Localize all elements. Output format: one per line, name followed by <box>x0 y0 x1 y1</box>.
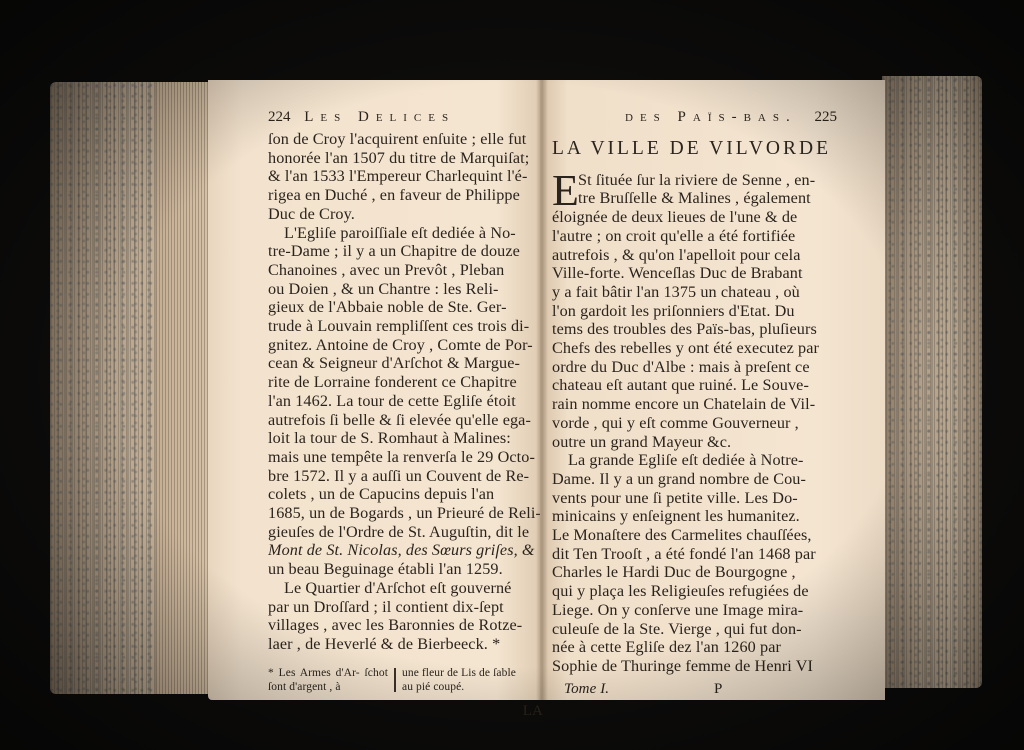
text-line: bre 1572. Il y a auſſi un Couvent de Re- <box>268 467 543 486</box>
book-gutter <box>536 80 548 700</box>
text-line: loit la tour de S. Romhaut à Malines: <box>268 429 543 448</box>
drop-cap-paragraph: E St ſituée ſur la riviere de Senne , en… <box>552 171 837 208</box>
text-line: & l'an 1533 l'Empereur Charlequint l'é- <box>268 167 543 186</box>
text-line: Dame. Il y a un grand nombre de Cou- <box>552 470 837 489</box>
text-line: Ville-forte. Wenceſlas Duc de Brabant <box>552 264 837 283</box>
text-line: tre Bruſſelle & Malines , également <box>552 189 837 208</box>
text-line: l'an 1462. La tour de cette Egliſe étoit <box>268 392 543 411</box>
text-line: Sophie de Thuringe femme de Henri VI <box>552 657 837 676</box>
text-line: Duc de Croy. <box>268 205 543 224</box>
text-line: La grande Egliſe eſt dediée à Notre- <box>552 451 837 470</box>
text-line: mais une tempête la renverſa le 29 Octo- <box>268 448 543 467</box>
text-line: minicains y enſeignent les humanitez. <box>552 507 837 526</box>
text-line: trude à Louvain rempliſſent ces trois di… <box>268 317 543 336</box>
text-line: ordre du Duc d'Albe : mais à preſent ce <box>552 358 837 377</box>
running-head: des Païs-bas. <box>625 109 797 125</box>
footnote-divider <box>394 668 396 692</box>
text-line: rain nomme encore un Chatelain de Vil- <box>552 395 837 414</box>
text-line: ſon de Croy l'acquirent enſuite ; elle f… <box>268 130 543 149</box>
text-line: Chefs des rebelles y ont été executez pa… <box>552 339 837 358</box>
text-line: par un Droſſard ; il contient dix-ſept <box>268 598 543 617</box>
text-line: tems des troubles des Païs-bas, pluſieur… <box>552 320 837 339</box>
text-line: un beau Beguinage établi l'an 1259. <box>268 560 543 579</box>
right-page-stack-edge <box>882 76 982 688</box>
text-line: vorde , qui y eſt comme Gouverneur , <box>552 414 837 433</box>
left-running-header: 224 Les Delices <box>268 108 543 130</box>
text-line: Chanoines , avec un Prevôt , Pleban <box>268 261 543 280</box>
page-number: 224 <box>268 109 291 125</box>
text-line: cean & Seigneur d'Arſchot & Margue- <box>268 354 543 373</box>
text-line: rigea en Duché , en faveur de Philippe <box>268 186 543 205</box>
open-book: 224 Les Delices ſon de Croy l'acquirent … <box>40 72 990 697</box>
text-line: outre un grand Mayeur &c. <box>552 433 837 452</box>
drop-cap: E <box>552 171 579 211</box>
text-line: éloignée de deux lieues de l'une & de <box>552 208 837 227</box>
text-line: colets , un de Capucins depuis l'an <box>268 485 543 504</box>
volume-label: Tome I. <box>552 680 714 699</box>
page-number: 225 <box>815 109 838 125</box>
footnote-column-2: une fleur de Lis de ſable au pié coupé. <box>402 666 522 694</box>
text-line: l'on gardoit les priſonniers d'Etat. Du <box>552 302 837 321</box>
text-line: laer , de Heverlé & de Bierbeeck. * <box>268 635 543 654</box>
text-line: Mont de St. Nicolas, des Sœurs griſes, & <box>268 541 543 560</box>
text-line: autrefois , & qu'on l'apelloit pour cela <box>552 246 837 265</box>
text-line: vents pour une ſi petite ville. Les Do- <box>552 489 837 508</box>
text-line: qui y plaça les Religieuſes refugiées de <box>552 582 837 601</box>
text-line: autrefois ſi belle & ſi elevée qu'elle e… <box>268 411 543 430</box>
text-line: 1685, un de Bogards , un Prieuré de Reli… <box>268 504 543 523</box>
text-line: honorée l'an 1507 du titre de Marquiſat; <box>268 149 543 168</box>
footnote: * Les Armes d'Ar- ſchot ſont d'argent , … <box>268 666 543 694</box>
text-line: Le Monaſtere des Carmelites chauſſées, <box>552 526 837 545</box>
text-line: tre-Dame ; il y a un Chapitre de douze <box>268 242 543 261</box>
text-line: L'Egliſe paroiſſiale eſt dediée à No- <box>268 224 543 243</box>
text-line: née à cette Egliſe dez l'an 1260 par <box>552 638 837 657</box>
text-line: Charles le Hardi Duc de Bourgogne , <box>552 563 837 582</box>
text-line: y a fait bâtir l'an 1375 un chateau , où <box>552 283 837 302</box>
left-page-stack-edge <box>50 82 215 694</box>
right-page: des Païs-bas. 225 LA VILLE DE VILVORDE E… <box>540 80 885 700</box>
page-footer: Tome I. P <box>552 680 837 699</box>
signature-mark: P <box>714 680 722 699</box>
text-line: ou Doien , & un Chantre : les Reli- <box>268 280 543 299</box>
text-line: dit Ten Trooſt , a été fondé l'an 1468 p… <box>552 545 837 564</box>
chapter-title: LA VILLE DE VILVORDE <box>552 140 837 159</box>
text-line: gnitez. Antoine de Croy , Comte de Por- <box>268 336 543 355</box>
text-line: l'autre ; on croit qu'elle a été fortifi… <box>552 227 837 246</box>
text-line: culeuſe de la Ste. Vierge , qui fut don- <box>552 620 837 639</box>
footnote-column-1: * Les Armes d'Ar- ſchot ſont d'argent , … <box>268 666 388 694</box>
right-running-header: des Païs-bas. 225 <box>552 108 837 130</box>
running-head: Les Delices <box>304 109 455 125</box>
text-line: rite de Lorraine fonderent ce Chapitre <box>268 373 543 392</box>
text-line: St ſituée ſur la riviere de Senne , en- <box>552 171 837 190</box>
text-line: chateau eſt autant que ruiné. Le Souve- <box>552 376 837 395</box>
catchword: LA <box>268 702 543 721</box>
text-line: Le Quartier d'Arſchot eſt gouverné <box>268 579 543 598</box>
text-line: Liege. On y conſerve une Image mira- <box>552 601 837 620</box>
text-line: gieux de l'Abbaie noble de Ste. Ger- <box>268 298 543 317</box>
left-page: 224 Les Delices ſon de Croy l'acquirent … <box>208 80 548 700</box>
text-line: villages , avec les Baronnies de Rotze- <box>268 616 543 635</box>
text-line: gieuſes de l'Ordre de St. Auguſtin, dit … <box>268 523 543 542</box>
